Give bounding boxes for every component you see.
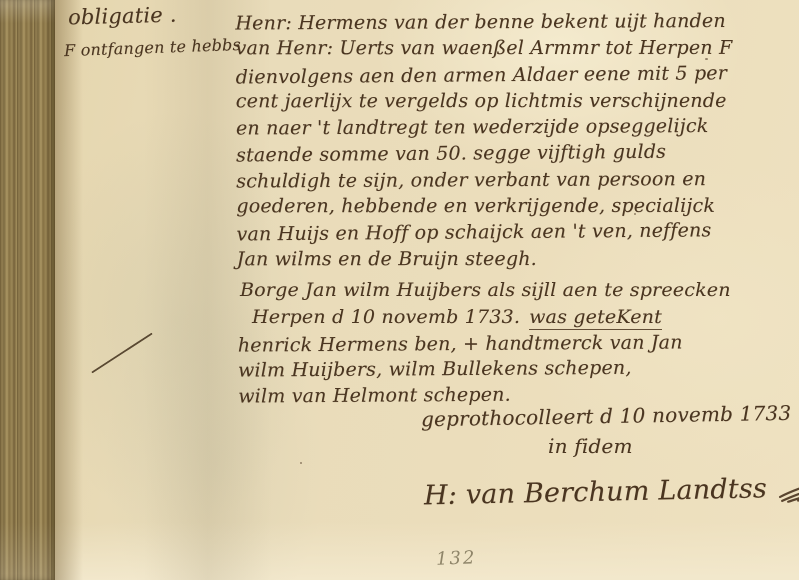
manuscript-line: van Henr: Uerts van waenßel Armmr tot He… — [236, 35, 796, 62]
ink-speck — [300, 462, 302, 464]
surety-line: Borge Jan wilm Huijbers als sijll aen te… — [240, 279, 731, 301]
ink-speck — [634, 213, 636, 215]
signature: H: van Berchum Landtss — [424, 472, 799, 518]
signature-text: H: van Berchum Landtss — [424, 473, 768, 511]
witness-line: wilm Huijbers, wilm Bullekens schepen, — [238, 356, 683, 384]
signature-flourish-icon — [777, 474, 799, 510]
book-binding — [0, 0, 55, 580]
manuscript-text-block: Henr: Hermens van der benne bekent uijt … — [235, 8, 796, 274]
date-line: Herpen d 10 novemb 1733.was geteKent — [252, 306, 662, 328]
ink-speck — [705, 58, 708, 60]
manuscript-line: schuldigh te sijn, onder verbant van per… — [236, 165, 796, 194]
was-getekent-underlined: was geteKent — [529, 306, 662, 330]
witness-line: henrick Hermens ben, + handtmerck van Ja… — [238, 330, 683, 358]
book-binding-shadow — [55, 0, 83, 580]
manuscript-line: cent jaerlijx te vergelds op lichtmis ve… — [236, 88, 796, 115]
place-and-date: Herpen d 10 novemb 1733. — [252, 306, 520, 328]
manuscript-line: staende somme van 50. segge vijftigh gul… — [236, 138, 796, 169]
manuscript-line: van Huijs en Hoff op schaijck aen 't ven… — [236, 217, 796, 248]
manuscript-line: Henr: Hermens van der benne bekent uijt … — [235, 8, 795, 37]
in-fidem-line: in fidem — [548, 434, 633, 458]
manuscript-line: goederen, hebbende en verkrijgende, spec… — [236, 193, 796, 220]
manuscript-line: dienvolgens aen den armen Aldaer eene mi… — [236, 59, 796, 90]
witness-block: henrick Hermens ben, + handtmerck van Ja… — [238, 330, 683, 409]
manuscript-line: Jan wilms en de Bruijn steegh. — [237, 245, 797, 272]
page-number: 132 — [436, 547, 477, 569]
margin-heading: obligatie . — [68, 3, 177, 30]
